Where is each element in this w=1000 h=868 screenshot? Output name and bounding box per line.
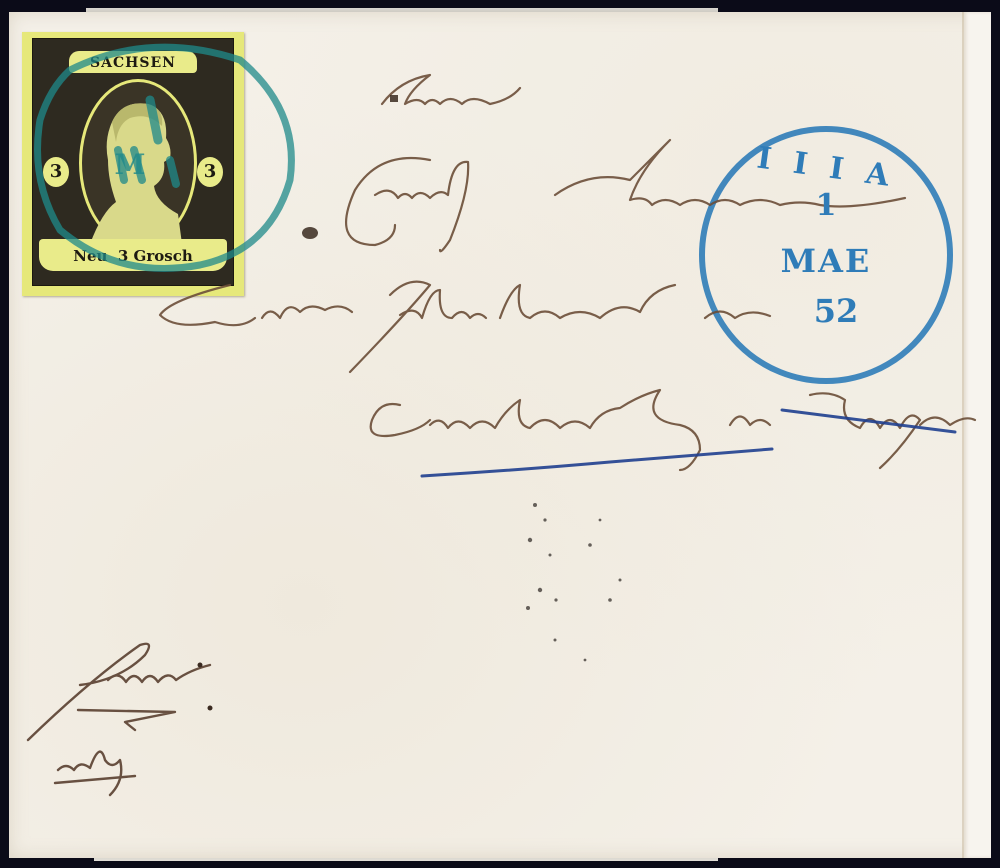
address-line-2: Carl Krämer [340, 150, 643, 206]
postmark-year: 52 [796, 292, 876, 330]
address-line-1: Herrn [380, 78, 460, 108]
annotation-dots [198, 663, 213, 711]
stamp-cancel-text: M [110, 148, 150, 181]
annotation-line-2: eilig [55, 752, 103, 777]
address-line-4: Sonnenberg bei Sieger [365, 390, 831, 436]
postmark-month: MAE [766, 242, 886, 280]
postmark-day: 1 [796, 188, 856, 223]
address-line-3: Ledernfabricant in [160, 280, 540, 326]
stamp-cancel-mark [38, 47, 292, 268]
annotation-line-1: franco [30, 650, 147, 691]
ink-offset-speckles [526, 503, 622, 661]
